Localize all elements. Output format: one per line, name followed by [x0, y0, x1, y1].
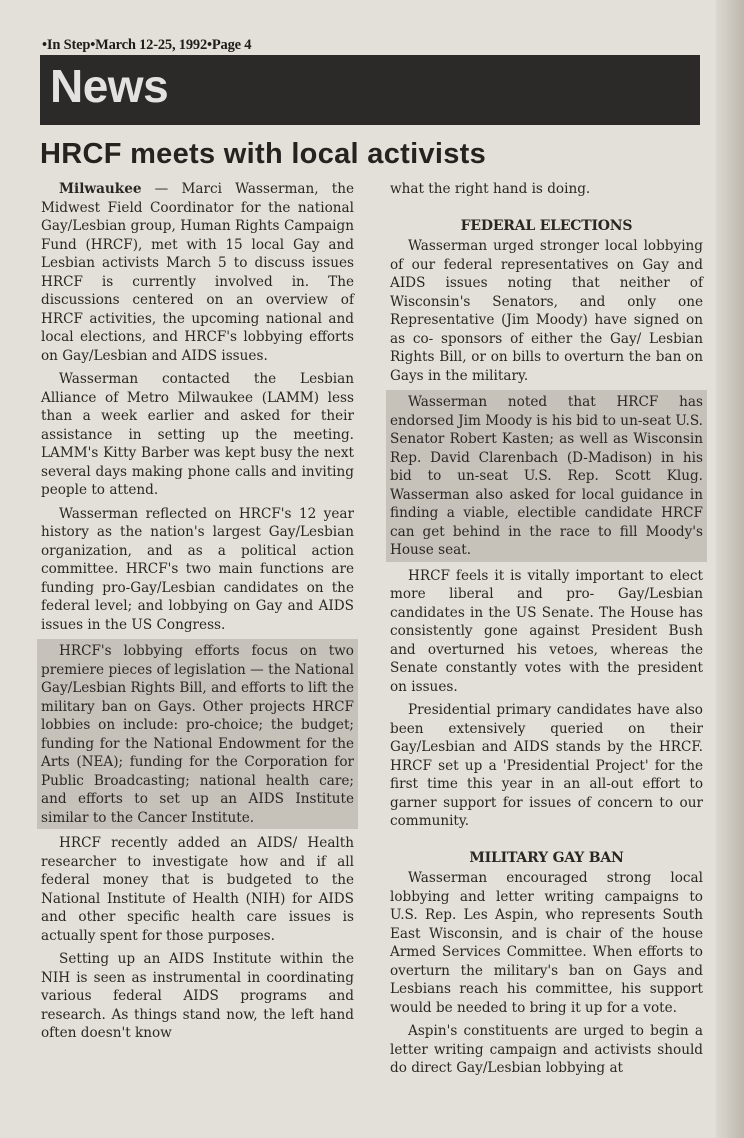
article-column-right: what the right hand is doing. FEDERAL EL… — [390, 180, 703, 1083]
article-paragraph: Setting up an AIDS Institute within the … — [41, 950, 354, 1043]
page-edge-shadow — [716, 0, 744, 1138]
article-paragraph: Wasserman encouraged strong local lobbyi… — [390, 869, 703, 1017]
paragraph-text: — Marci Wasserman, the Midwest Field Coo… — [41, 181, 354, 364]
article-paragraph-highlighted: Wasserman noted that HRCF has endorsed J… — [386, 390, 707, 562]
section-banner: News — [40, 55, 700, 125]
article-paragraph: HRCF recently added an AIDS/ Health rese… — [41, 834, 354, 945]
dateline: Milwaukee — [59, 181, 142, 197]
article-headline: HRCF meets with local activists — [40, 138, 486, 171]
subhead-military-gay-ban: MILITARY GAY BAN — [390, 849, 703, 868]
section-label: News — [50, 59, 168, 113]
article-paragraph: Presidential primary candidates have als… — [390, 701, 703, 831]
article-paragraph-highlighted: HRCF's lobbying efforts focus on two pre… — [37, 639, 358, 829]
subhead-federal-elections: FEDERAL ELECTIONS — [390, 217, 703, 236]
article-paragraph: Wasserman urged stronger local lobbying … — [390, 237, 703, 385]
article-paragraph: Wasserman contacted the Lesbian Alliance… — [41, 370, 354, 500]
article-paragraph: Wasserman reflected on HRCF's 12 year hi… — [41, 505, 354, 635]
page-folio: •In Step•March 12-25, 1992•Page 4 — [42, 37, 251, 54]
article-column-left: Milwaukee — Marci Wasserman, the Midwest… — [41, 180, 354, 1048]
article-paragraph: HRCF feels it is vitally important to el… — [390, 567, 703, 697]
article-paragraph: Milwaukee — Marci Wasserman, the Midwest… — [41, 180, 354, 365]
article-paragraph: Aspin's constituents are urged to begin … — [390, 1022, 703, 1078]
article-continuation: what the right hand is doing. — [390, 180, 703, 199]
